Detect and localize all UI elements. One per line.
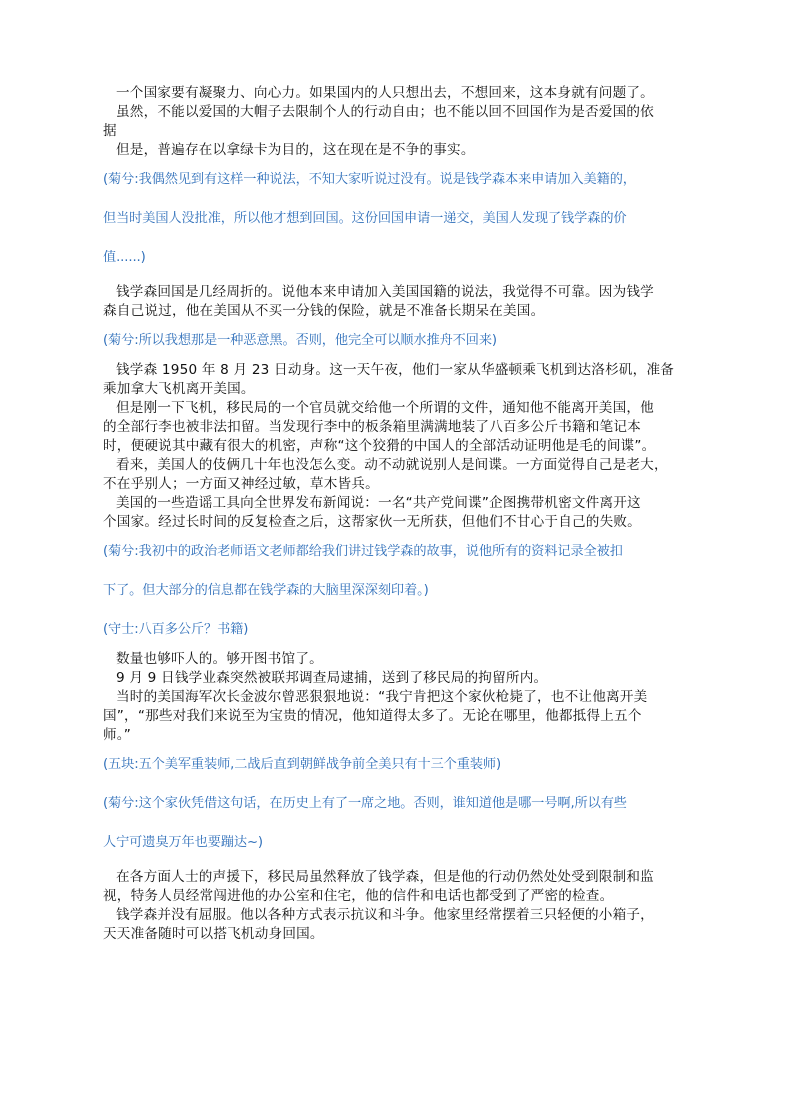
paragraph-line: 美国的一些造谣工具向全世界发布新闻说：一名“共产党间谍”企图携带机密文件离开这 (103, 494, 688, 513)
paragraph-line: 一个国家要有凝聚力、向心力。如果国内的人只想出去，不想回来，这本身就有问题了。 (103, 84, 688, 103)
paragraph: 但是，普遍存在以拿绿卡为目的，这在现在是不争的事实。 (103, 141, 688, 160)
paragraph: 钱学森并没有屈服。他以各种方式表示抗议和斗争。他家里经常摆着三只轻便的小箱子， … (103, 906, 688, 944)
paragraph-line: 钱学森回国是几经周折的。说他本来申请加入美国国籍的说法，我觉得不可靠。因为钱学 (103, 283, 688, 302)
comment: (守士:八百多公斤？书籍) (103, 619, 688, 641)
comment-line: 但当时美国人没批准，所以他才想到回国。这份回国申请一递交，美国人发现了钱学森的价 (103, 208, 688, 230)
paragraph: 数量也够吓人的。够开图书馆了。 (103, 650, 688, 669)
comment-line: (守士:八百多公斤？书籍) (103, 619, 688, 641)
paragraph-line: 钱学森并没有屈服。他以各种方式表示抗议和斗争。他家里经常摆着三只轻便的小箱子， (103, 906, 688, 925)
paragraph-line: 的全部行李也被非法扣留。当发现行李中的板条箱里满满地装了八百多公斤书籍和笔记本 (103, 418, 688, 437)
paragraph: 9 月 9 日钱学业森突然被联邦调查局逮捕，送到了移民局的拘留所内。 (103, 669, 688, 688)
comment-line: (菊兮:所以我想那是一种恶意黑。否则，他完全可以顺水推舟不回来) (103, 330, 688, 352)
paragraph-line: 不在乎别人；一方面又神经过敏，草木皆兵。 (103, 475, 688, 494)
paragraph: 虽然，不能以爱国的大帽子去限制个人的行动自由；也不能以回不回国作为是否爱国的依 … (103, 103, 688, 141)
paragraph-line: 视，特务人员经常闯进他的办公室和住宅，他的信件和电话也都受到了严密的检查。 (103, 887, 688, 906)
paragraph-line: 但是，普遍存在以拿绿卡为目的，这在现在是不争的事实。 (103, 141, 688, 160)
paragraph-line: 9 月 9 日钱学业森突然被联邦调查局逮捕，送到了移民局的拘留所内。 (103, 669, 688, 688)
paragraph: 在各方面人士的声援下，移民局虽然释放了钱学森，但是他的行动仍然处处受到限制和监 … (103, 868, 688, 906)
comment: (五块:五个美军重装师,二战后直到朝鲜战争前全美只有十三个重装师) (103, 754, 688, 776)
comment: (菊兮:我偶然见到有这样一种说法，不知大家听说过没有。说是钱学森本来申请加入美籍… (103, 169, 688, 269)
paragraph: 但是刚一下飞机，移民局的一个官员就交给他一个所谓的文件，通知他不能离开美国，他 … (103, 399, 688, 456)
document-page: 一个国家要有凝聚力、向心力。如果国内的人只想出去，不想回来，这本身就有问题了。 … (103, 84, 688, 944)
comment: (菊兮:这个家伙凭借这句话，在历史上有了一席之地。否则，谁知道他是哪一号啊,所以… (103, 793, 688, 854)
paragraph-line: 数量也够吓人的。够开图书馆了。 (103, 650, 688, 669)
comment-line: 下了。但大部分的信息都在钱学森的大脑里深深刻印着。) (103, 580, 688, 602)
paragraph-line: 时，便硬说其中藏有很大的机密，声称“这个狡猾的中国人的全部活动证明他是毛的间谍”… (103, 437, 688, 456)
paragraph: 美国的一些造谣工具向全世界发布新闻说：一名“共产党间谍”企图携带机密文件离开这 … (103, 494, 688, 532)
comment-line: (菊兮:我初中的政治老师语文老师都给我们讲过钱学森的故事，说他所有的资料记录全被… (103, 541, 688, 563)
paragraph-line: 据 (103, 122, 688, 141)
paragraph: 一个国家要有凝聚力、向心力。如果国内的人只想出去，不想回来，这本身就有问题了。 (103, 84, 688, 103)
paragraph: 钱学森回国是几经周折的。说他本来申请加入美国国籍的说法，我觉得不可靠。因为钱学 … (103, 283, 688, 321)
paragraph: 看来，美国人的伎俩几十年也没怎么变。动不动就说别人是间谍。一方面觉得自己是老大，… (103, 456, 688, 494)
paragraph-line: 但是刚一下飞机，移民局的一个官员就交给他一个所谓的文件，通知他不能离开美国，他 (103, 399, 688, 418)
paragraph-line: 看来，美国人的伎俩几十年也没怎么变。动不动就说别人是间谍。一方面觉得自己是老大， (103, 456, 688, 475)
comment: (菊兮:我初中的政治老师语文老师都给我们讲过钱学森的故事，说他所有的资料记录全被… (103, 541, 688, 602)
comment-line: 人宁可遗臭万年也要蹦达~) (103, 832, 688, 854)
paragraph-line: 虽然，不能以爱国的大帽子去限制个人的行动自由；也不能以回不回国作为是否爱国的依 (103, 103, 688, 122)
comment-line: (菊兮:这个家伙凭借这句话，在历史上有了一席之地。否则，谁知道他是哪一号啊,所以… (103, 793, 688, 815)
paragraph-line: 在各方面人士的声援下，移民局虽然释放了钱学森，但是他的行动仍然处处受到限制和监 (103, 868, 688, 887)
paragraph-line: 国”，“那些对我们来说至为宝贵的情况，他知道得太多了。无论在哪里，他都抵得上五个 (103, 707, 688, 726)
comment-line: (菊兮:我偶然见到有这样一种说法，不知大家听说过没有。说是钱学森本来申请加入美籍… (103, 169, 688, 191)
paragraph: 当时的美国海军次长金波尔曾恶狠狠地说：“我宁肯把这个家伙枪毙了，也不让他离开美 … (103, 688, 688, 745)
comment-line: (五块:五个美军重装师,二战后直到朝鲜战争前全美只有十三个重装师) (103, 754, 688, 776)
paragraph-line: 个国家。经过长时间的反复检查之后，这帮家伙一无所获，但他们不甘心于自己的失败。 (103, 513, 688, 532)
paragraph-line: 乘加拿大飞机离开美国。 (103, 380, 688, 399)
paragraph-line: 天天准备随时可以搭飞机动身回国。 (103, 925, 688, 944)
paragraph-line: 师。” (103, 726, 688, 745)
paragraph-line: 钱学森 1950 年 8 月 23 日动身。这一天午夜，他们一家从华盛顿乘飞机到… (103, 361, 688, 380)
paragraph-line: 当时的美国海军次长金波尔曾恶狠狠地说：“我宁肯把这个家伙枪毙了，也不让他离开美 (103, 688, 688, 707)
comment: (菊兮:所以我想那是一种恶意黑。否则，他完全可以顺水推舟不回来) (103, 330, 688, 352)
comment-line: 值......) (103, 247, 688, 269)
paragraph-line: 森自己说过，他在美国从不买一分钱的保险，就是不准备长期呆在美国。 (103, 302, 688, 321)
paragraph: 钱学森 1950 年 8 月 23 日动身。这一天午夜，他们一家从华盛顿乘飞机到… (103, 361, 688, 399)
